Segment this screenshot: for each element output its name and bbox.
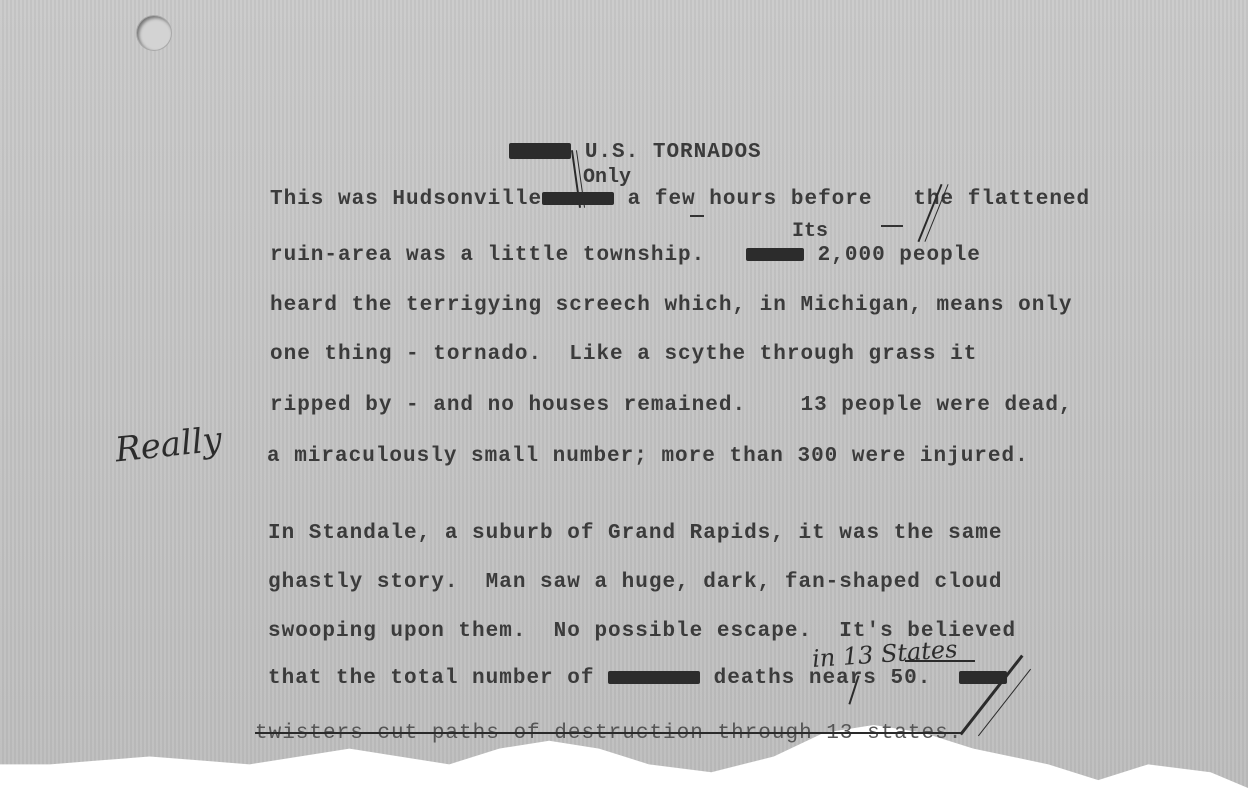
insert-underline [905, 660, 975, 662]
inserted-only: Only [583, 166, 631, 189]
p1-line-6: a miraculously small number; more than 3… [267, 445, 1029, 468]
p1-line-2: ruin-area was a little township. 2,000 p… [270, 244, 981, 267]
struck-only [542, 192, 614, 205]
p2-line-5-struck: twisters cut paths of destruction throug… [255, 722, 962, 745]
p1-line-1: This was Hudsonville a few hours before … [270, 188, 1090, 211]
underline-mark [881, 225, 903, 227]
struck-their [746, 248, 804, 261]
p2-line-2: ghastly story. Man saw a huge, dark, fan… [268, 571, 1003, 594]
document-title: U.S. TORNADOS [482, 118, 762, 164]
title-text: U.S. TORNADOS [585, 141, 762, 164]
p1-line-4: one thing - tornado. Like a scythe throu… [270, 343, 977, 366]
p2-line-4: that the total number of deaths nears 50… [268, 667, 1007, 690]
inserted-its: Its [792, 220, 828, 243]
struck-title-word [509, 143, 571, 159]
p1-line-5: ripped by - and no houses remained. 13 p… [270, 394, 1073, 417]
struck-tornado [608, 671, 700, 684]
punch-hole [137, 16, 171, 50]
p2-line-1: In Standale, a suburb of Grand Rapids, i… [268, 522, 1003, 545]
underline-mark [690, 215, 704, 217]
p1-line-3: heard the terrigying screech which, in M… [270, 294, 1073, 317]
